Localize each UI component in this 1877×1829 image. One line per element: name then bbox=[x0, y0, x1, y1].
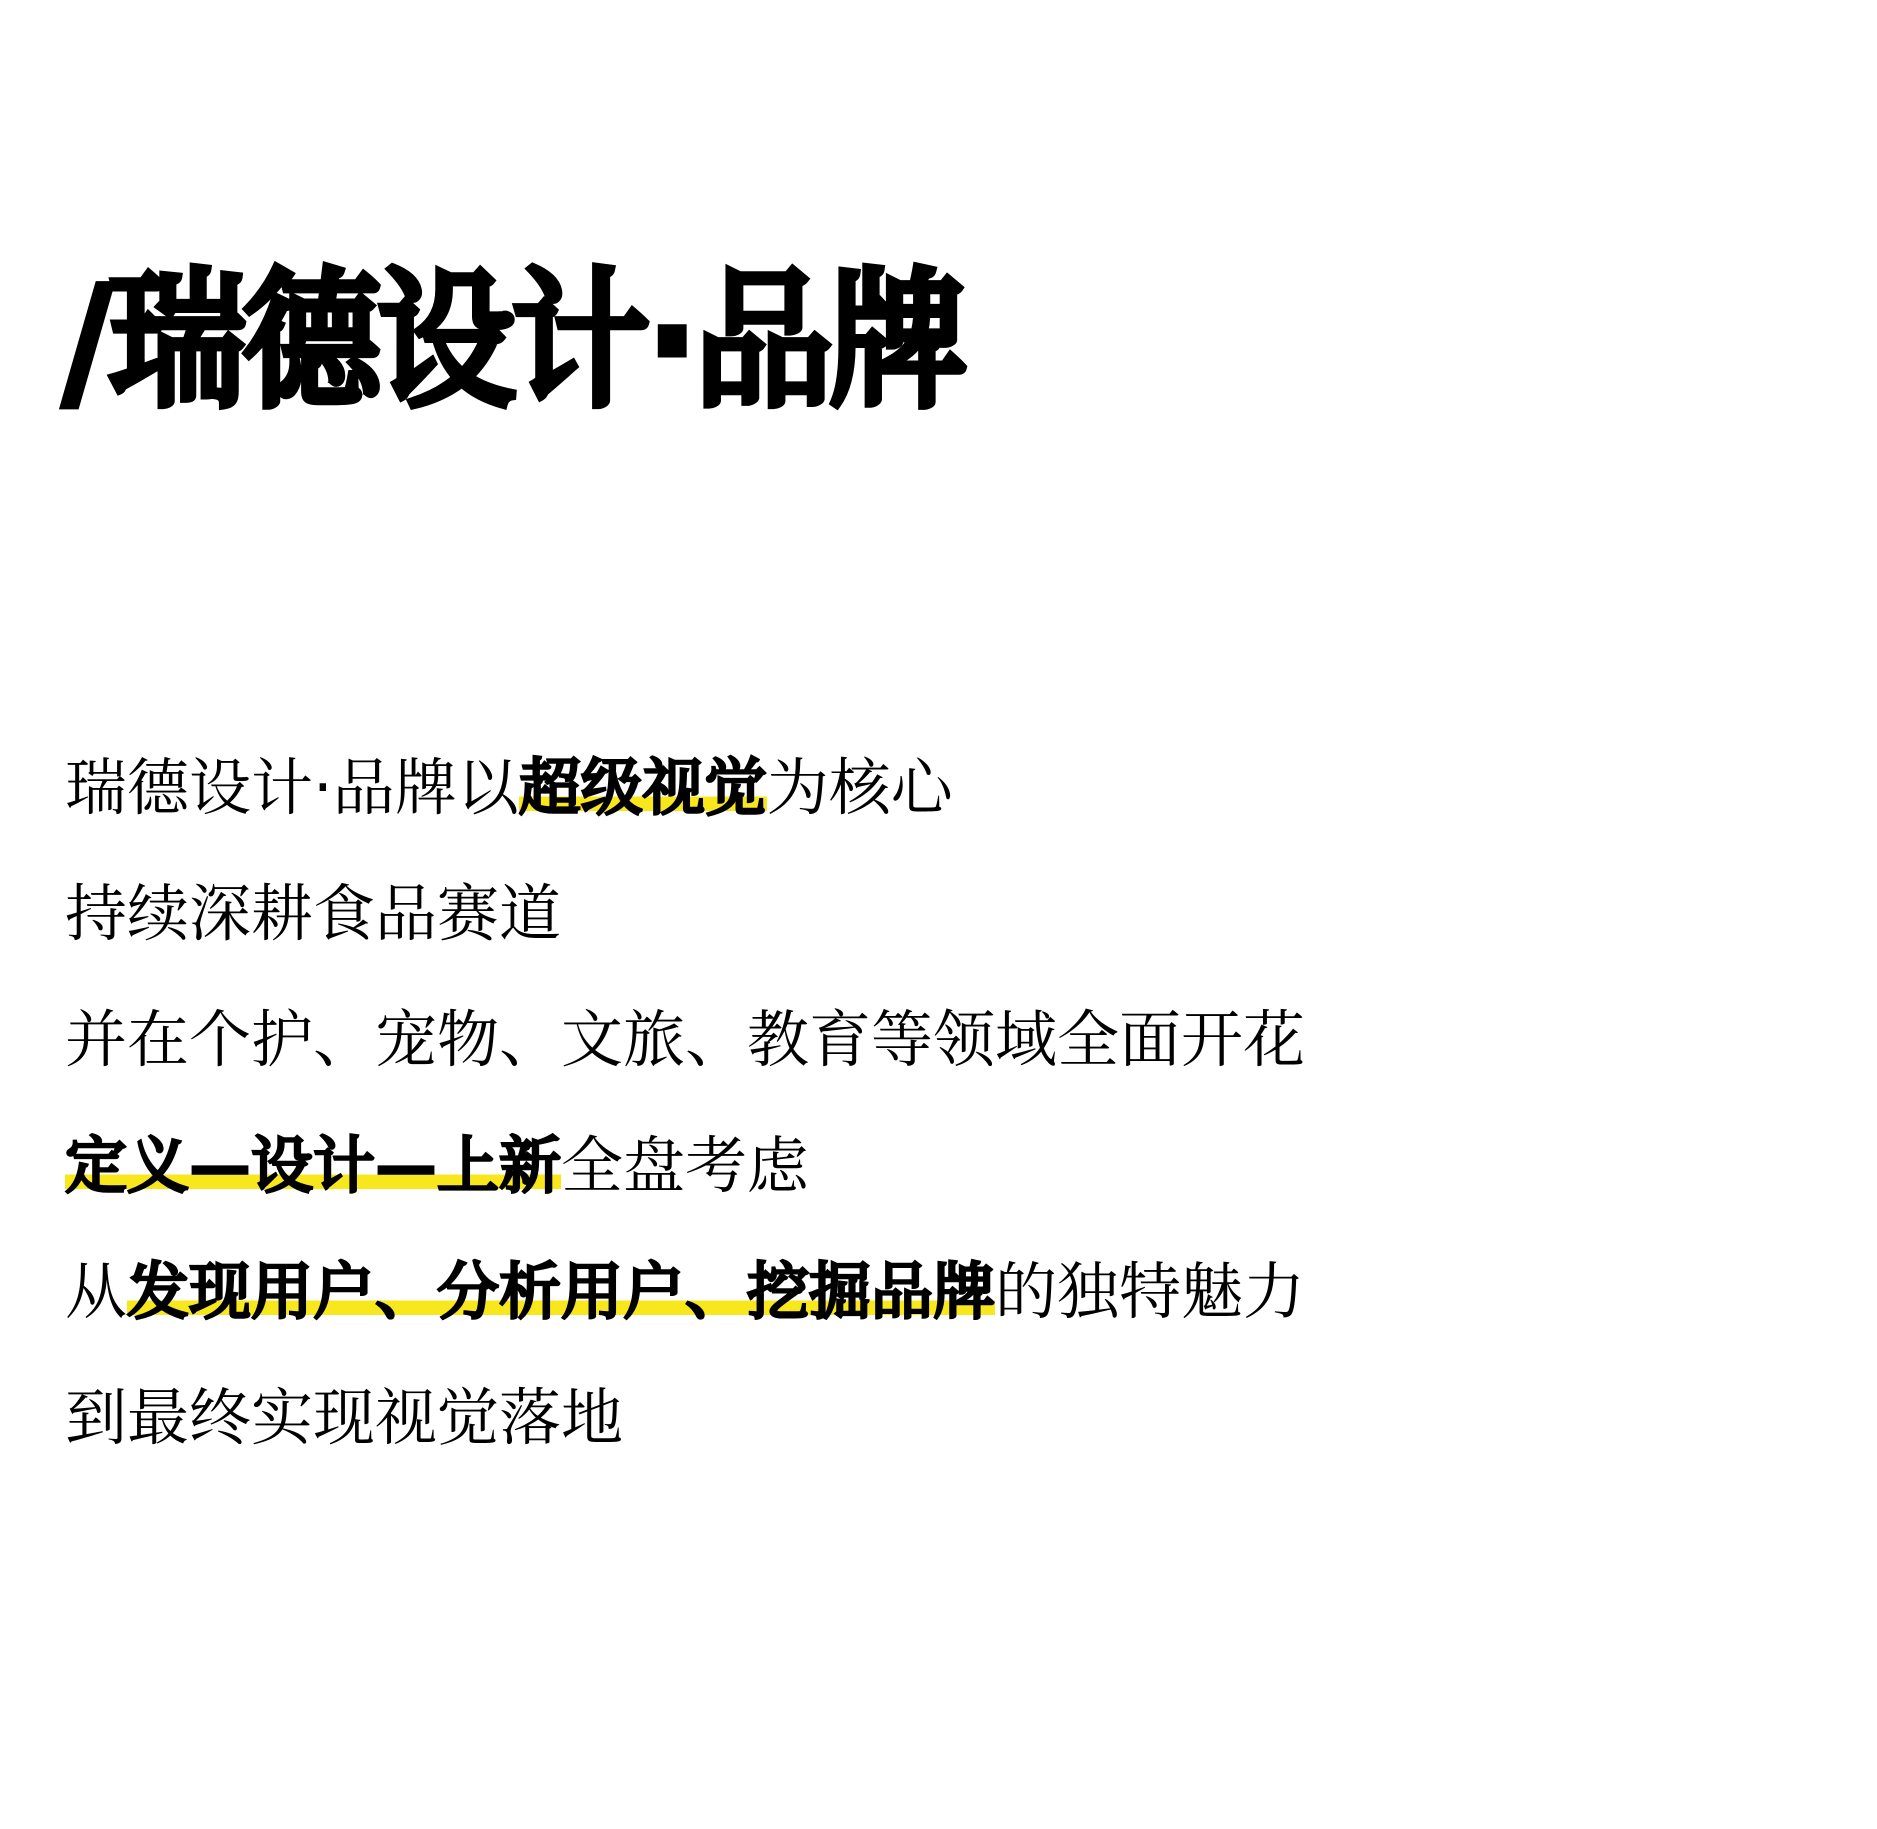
highlighted-text: 定义—设计—上新 bbox=[65, 1129, 561, 1202]
intro-line-6: 到最终实现视觉落地 bbox=[65, 1355, 1305, 1481]
intro-line-3: 并在个护、宠物、文旅、教育等领域全面开花 bbox=[65, 977, 1305, 1103]
intro-line-5: 从发现用户、分析用户、挖掘品牌的独特魅力 bbox=[65, 1229, 1305, 1355]
highlighted-text: 发现用户、分析用户、挖掘品牌 bbox=[127, 1255, 995, 1328]
intro-paragraph: 瑞德设计·品牌以超级视觉为核心 持续深耕食品赛道 并在个护、宠物、文旅、教育等领… bbox=[65, 725, 1305, 1481]
page-title: /瑞德设计·品牌 bbox=[62, 262, 963, 422]
intro-line-4: 定义—设计—上新全盘考虑 bbox=[65, 1103, 1305, 1229]
line-text: 从 bbox=[65, 1255, 127, 1328]
line-text: 并在个护、宠物、文旅、教育等领域全面开花 bbox=[65, 1003, 1305, 1076]
line-text: 到最终实现视觉落地 bbox=[65, 1381, 623, 1454]
line-text: 瑞德设计·品牌以 bbox=[65, 751, 519, 824]
line-text: 为核心 bbox=[767, 751, 953, 824]
intro-line-1: 瑞德设计·品牌以超级视觉为核心 bbox=[65, 725, 1305, 851]
intro-line-2: 持续深耕食品赛道 bbox=[65, 851, 1305, 977]
line-text: 持续深耕食品赛道 bbox=[65, 877, 561, 950]
line-text: 的独特魅力 bbox=[995, 1255, 1305, 1328]
line-text: 全盘考虑 bbox=[561, 1129, 809, 1202]
highlighted-text: 超级视觉 bbox=[519, 751, 767, 824]
